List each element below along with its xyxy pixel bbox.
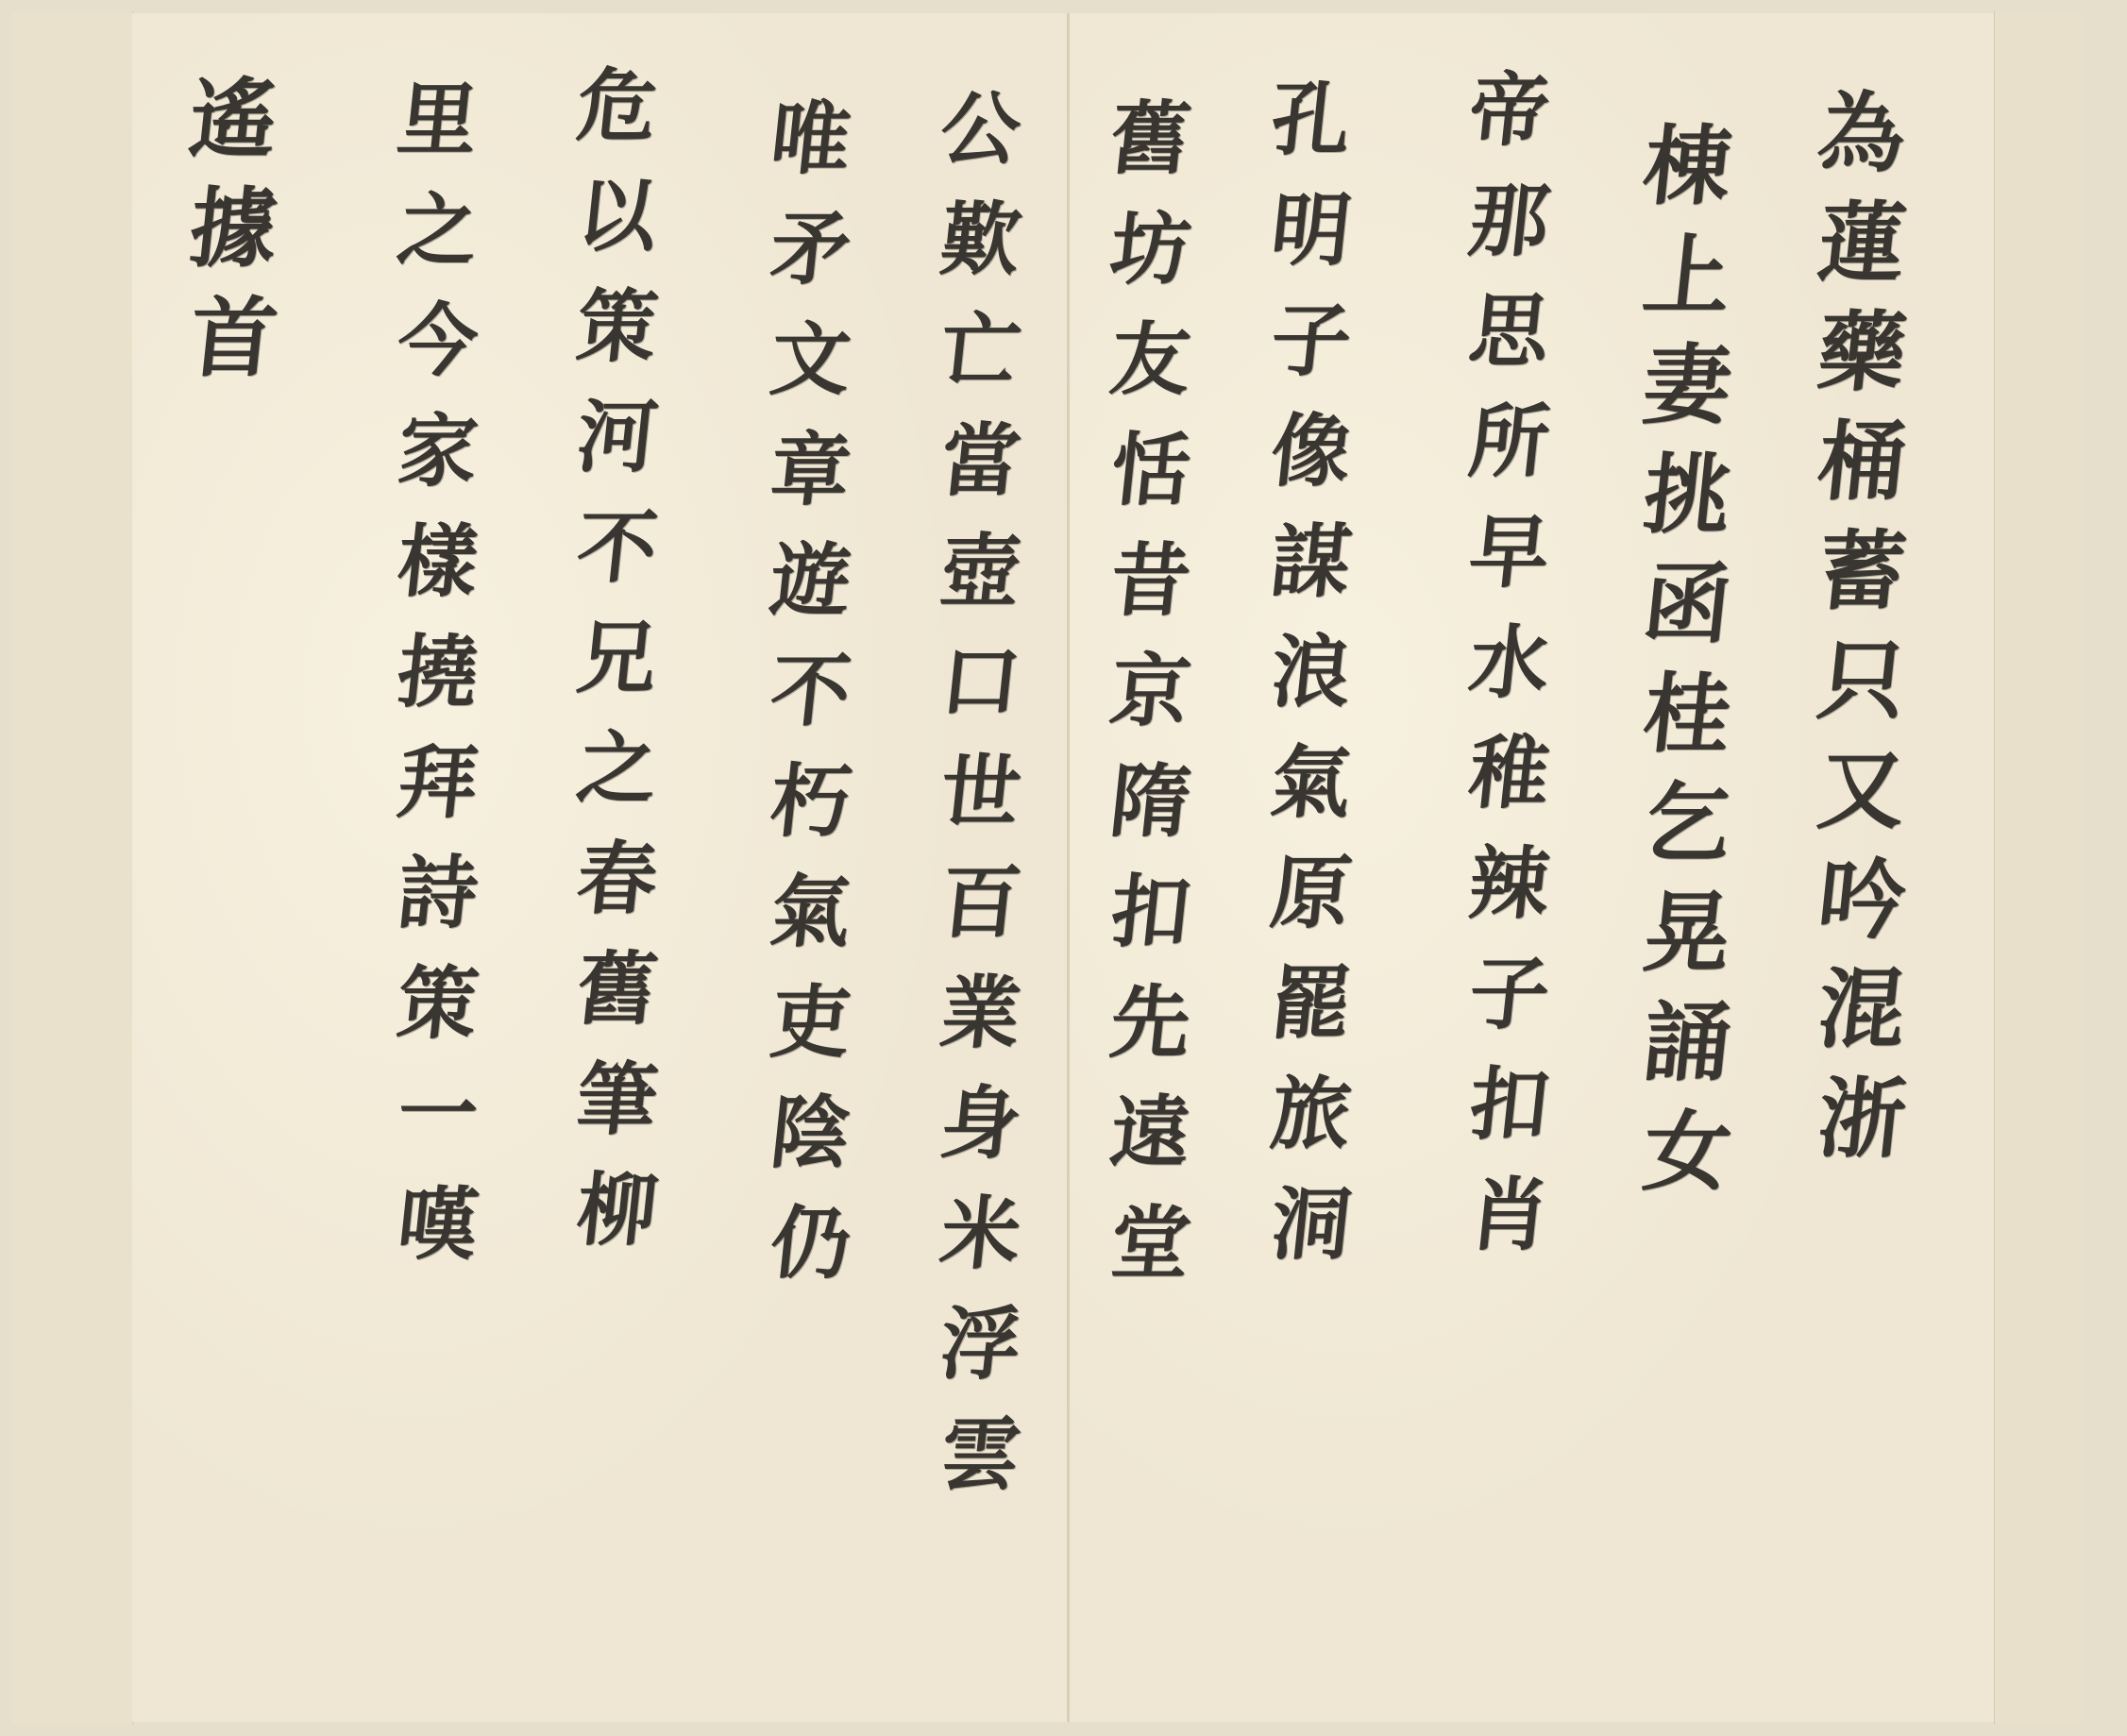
calligraphy-character: 扣 bbox=[1104, 872, 1194, 983]
calligraphy-character: 蓄 bbox=[1812, 528, 1910, 637]
calligraphy-character: 文 bbox=[764, 320, 854, 430]
calligraphy-character: 遠 bbox=[1104, 1093, 1194, 1204]
calligraphy-character: 罷 bbox=[1264, 964, 1355, 1074]
calligraphy-character: 浪 bbox=[1264, 632, 1355, 743]
calligraphy-character: 挑 bbox=[1637, 451, 1735, 561]
calligraphy-character: 矛 bbox=[764, 210, 854, 320]
calligraphy-character: 亡 bbox=[934, 311, 1024, 421]
calligraphy-character: 今 bbox=[391, 301, 481, 412]
calligraphy-character: 氣 bbox=[1264, 743, 1355, 853]
calligraphy-character: 蓮 bbox=[1812, 199, 1910, 309]
calligraphy-column-7: 唯矛文章遊不朽氣吏陰仍 bbox=[769, 99, 849, 1314]
calligraphy-column-2: 棟上妻挑函桂乞晃誦女 bbox=[1643, 123, 1730, 1218]
calligraphy-character: 策 bbox=[570, 287, 661, 397]
calligraphy-character: 堂 bbox=[1104, 1204, 1194, 1314]
calligraphy-character: 為 bbox=[1812, 90, 1910, 199]
calligraphy-character: 混 bbox=[1812, 966, 1910, 1075]
calligraphy-character: 浮 bbox=[934, 1305, 1024, 1415]
calligraphy-character: 據 bbox=[183, 185, 281, 295]
calligraphy-character: 兄 bbox=[570, 618, 661, 729]
calligraphy-character: 洞 bbox=[1264, 1185, 1355, 1295]
calligraphy-character: 不 bbox=[764, 651, 854, 762]
calligraphy-character: 早 bbox=[1462, 513, 1553, 623]
calligraphy-column-1: 為蓮藥桶蓄只又吟混浙 bbox=[1817, 90, 1904, 1185]
calligraphy-character: 桂 bbox=[1637, 670, 1735, 780]
calligraphy-character: 撓 bbox=[391, 632, 481, 743]
calligraphy-character: 家 bbox=[391, 412, 481, 522]
calligraphy-character: 米 bbox=[934, 1194, 1024, 1305]
center-fold bbox=[1067, 13, 1070, 1722]
calligraphy-character: 原 bbox=[1264, 853, 1355, 964]
calligraphy-character: 歎 bbox=[934, 200, 1024, 311]
calligraphy-character: 首 bbox=[183, 295, 281, 404]
calligraphy-character: 思 bbox=[1462, 292, 1553, 402]
calligraphy-character: 雲 bbox=[934, 1415, 1024, 1525]
calligraphy-character: 拜 bbox=[391, 743, 481, 853]
calligraphy-character: 壺 bbox=[934, 531, 1024, 642]
calligraphy-character: 朽 bbox=[764, 762, 854, 872]
calligraphy-column-10: 遙據首 bbox=[189, 76, 276, 404]
calligraphy-character: 氣 bbox=[764, 872, 854, 983]
calligraphy-character: 業 bbox=[934, 973, 1024, 1084]
calligraphy-character: 柳 bbox=[570, 1171, 661, 1281]
calligraphy-character: 扣 bbox=[1462, 1065, 1553, 1175]
calligraphy-character: 乞 bbox=[1637, 780, 1735, 889]
calligraphy-character: 仍 bbox=[764, 1204, 854, 1314]
calligraphy-character: 唯 bbox=[764, 99, 854, 210]
calligraphy-character: 舊 bbox=[1104, 99, 1194, 210]
calligraphy-character: 危 bbox=[570, 66, 661, 177]
calligraphy-character: 世 bbox=[934, 752, 1024, 863]
calligraphy-character: 章 bbox=[764, 430, 854, 541]
mount-right-border bbox=[1994, 11, 2085, 1725]
calligraphy-character: 隋 bbox=[1104, 762, 1194, 872]
calligraphy-character: 嘆 bbox=[391, 1185, 481, 1295]
calligraphy-character: 稚 bbox=[1462, 733, 1553, 844]
calligraphy-character: 桶 bbox=[1812, 418, 1910, 528]
calligraphy-character: 策 bbox=[391, 964, 481, 1074]
calligraphy-column-9: 里之今家樣撓拜詩策一嘆 bbox=[397, 80, 476, 1295]
calligraphy-character: 身 bbox=[934, 1084, 1024, 1194]
calligraphy-character: 陰 bbox=[764, 1093, 854, 1204]
calligraphy-character: 口 bbox=[934, 642, 1024, 752]
calligraphy-character: 遊 bbox=[764, 541, 854, 651]
calligraphy-character: 京 bbox=[1104, 651, 1194, 762]
calligraphy-character: 之 bbox=[570, 729, 661, 839]
calligraphy-character: 先 bbox=[1104, 983, 1194, 1093]
calligraphy-column-5: 舊坊友恬昔京隋扣先遠堂 bbox=[1109, 99, 1189, 1314]
calligraphy-character: 百 bbox=[934, 863, 1024, 973]
calligraphy-character: 里 bbox=[391, 80, 481, 191]
calligraphy-column-3: 帝那思所早水稚辣子扣肖 bbox=[1468, 71, 1547, 1286]
calligraphy-character: 公 bbox=[934, 90, 1024, 200]
calligraphy-character: 旅 bbox=[1264, 1074, 1355, 1185]
calligraphy-character: 河 bbox=[570, 397, 661, 508]
calligraphy-character: 函 bbox=[1637, 561, 1735, 670]
calligraphy-character: 不 bbox=[570, 508, 661, 618]
calligraphy-character: 子 bbox=[1462, 954, 1553, 1065]
mount-left-border bbox=[11, 11, 133, 1725]
calligraphy-column-6: 公歎亡當壺口世百業身米浮雲 bbox=[939, 90, 1019, 1525]
calligraphy-character: 所 bbox=[1462, 402, 1553, 513]
calligraphy-character: 像 bbox=[1264, 412, 1355, 522]
calligraphy-character: 以 bbox=[570, 177, 661, 287]
calligraphy-character: 舊 bbox=[570, 950, 661, 1060]
calligraphy-character: 當 bbox=[934, 421, 1024, 531]
calligraphy-column-8: 危以策河不兄之春舊筆柳 bbox=[576, 66, 655, 1281]
calligraphy-character: 春 bbox=[570, 839, 661, 950]
calligraphy-character: 遙 bbox=[183, 76, 281, 185]
calligraphy-character: 坊 bbox=[1104, 210, 1194, 320]
calligraphy-character: 帝 bbox=[1462, 71, 1553, 181]
calligraphy-character: 昔 bbox=[1104, 541, 1194, 651]
calligraphy-character: 之 bbox=[391, 191, 481, 301]
calligraphy-character: 妻 bbox=[1637, 342, 1735, 451]
calligraphy-character: 一 bbox=[391, 1074, 481, 1185]
calligraphy-character: 水 bbox=[1462, 623, 1553, 733]
calligraphy-character: 辣 bbox=[1462, 844, 1553, 954]
calligraphy-character: 上 bbox=[1637, 232, 1735, 342]
calligraphy-column-4: 孔明子像謀浪氣原罷旅洞 bbox=[1270, 80, 1349, 1295]
calligraphy-character: 吏 bbox=[764, 983, 854, 1093]
calligraphy-character: 晃 bbox=[1637, 889, 1735, 999]
calligraphy-character: 樣 bbox=[391, 522, 481, 632]
calligraphy-character: 誦 bbox=[1637, 999, 1735, 1108]
calligraphy-character: 恬 bbox=[1104, 430, 1194, 541]
calligraphy-character: 詩 bbox=[391, 853, 481, 964]
calligraphy-character: 明 bbox=[1264, 191, 1355, 301]
calligraphy-character: 浙 bbox=[1812, 1075, 1910, 1185]
calligraphy-character: 孔 bbox=[1264, 80, 1355, 191]
calligraphy-character: 謀 bbox=[1264, 522, 1355, 632]
calligraphy-character: 只 bbox=[1812, 637, 1910, 747]
calligraphy-character: 筆 bbox=[570, 1060, 661, 1171]
calligraphy-character: 棟 bbox=[1637, 123, 1735, 232]
calligraphy-character: 子 bbox=[1264, 301, 1355, 412]
calligraphy-character: 吟 bbox=[1812, 856, 1910, 966]
calligraphy-character: 那 bbox=[1462, 181, 1553, 292]
calligraphy-character: 肖 bbox=[1462, 1175, 1553, 1286]
calligraphy-character: 藥 bbox=[1812, 309, 1910, 418]
calligraphy-character: 女 bbox=[1637, 1108, 1735, 1218]
calligraphy-character: 友 bbox=[1104, 320, 1194, 430]
calligraphy-character: 又 bbox=[1812, 747, 1910, 856]
